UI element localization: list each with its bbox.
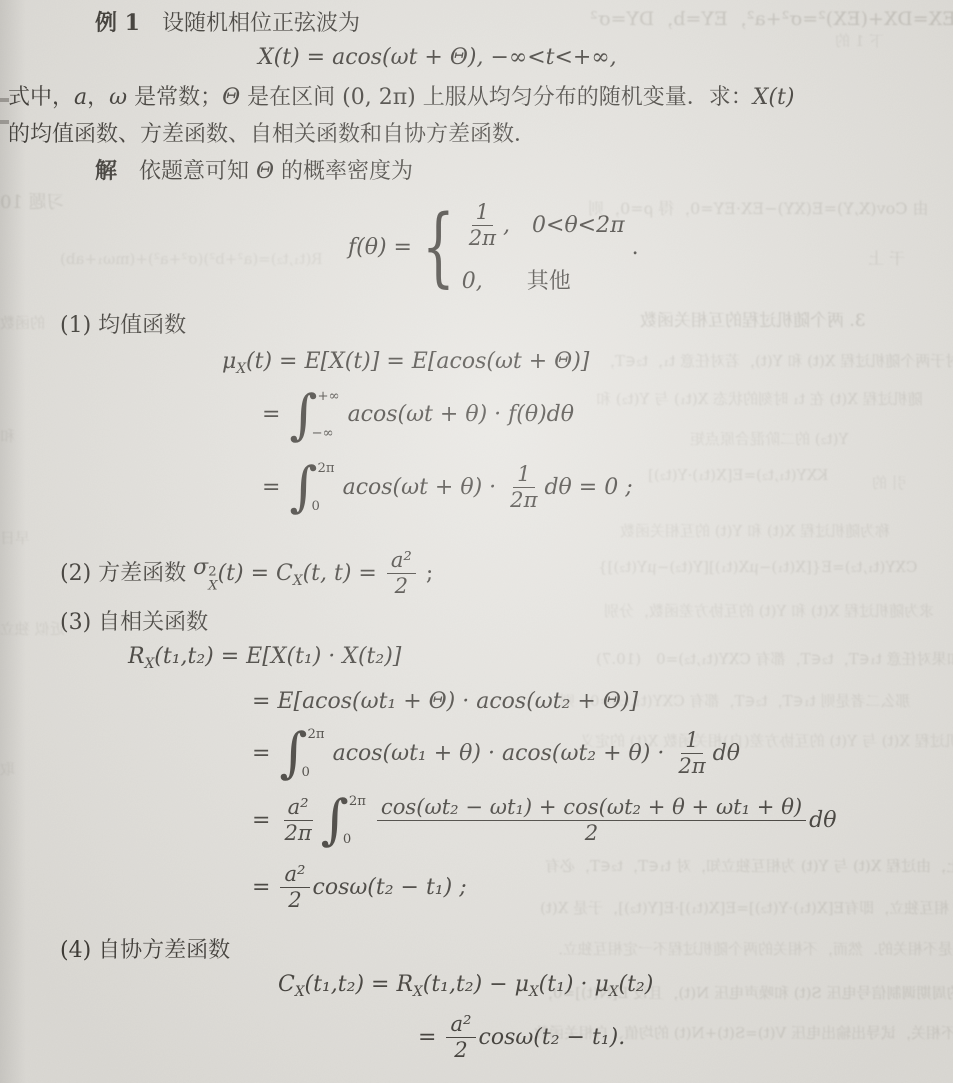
solution-heading: 解 依题意可知 Θ 的概率密度为 — [95, 158, 413, 186]
formula-autocov-line2: = a²2cosω(t₂ − t₁). — [418, 1012, 625, 1063]
bleed-through-fragment: 随机过程 X(t) 在 t₁ 时刻的状态 X(t₁) 与 Y(t₂) 和 — [596, 388, 923, 409]
section4-heading: (4) 自协方差函数 — [60, 937, 230, 965]
bleed-through-fragment: 引 的 — [872, 472, 907, 493]
formula-mean-line1: μX(t) = E[X(t)] = E[acos(ωt + Θ)] — [222, 348, 589, 376]
formula-mean-line2: = ∫+∞−∞acos(ωt + θ) · f(θ)dθ — [262, 390, 574, 440]
formula-autocorr-line3: = ∫2π0acos(ωt₁ + θ) · acos(ωt₂ + θ) · 12… — [252, 728, 740, 779]
bleed-through-fragment: 取 — [0, 758, 15, 779]
formula-mean-line3: = ∫2π0acos(ωt + θ) · 12πdθ = 0 ; — [262, 462, 633, 513]
paragraph-problem-line1: 式中，a，ω 是常数；Θ 是在区间 (0, 2π) 上服从均匀分布的随机变量．求… — [8, 84, 794, 112]
section2-variance-line: (2) 方差函数 σ2X(t) = CX(t, t) = a²2 ; — [60, 548, 433, 599]
formula-autocorr-line1: RX(t₁,t₂) = E[X(t₁) · X(t₂)] — [128, 643, 401, 671]
bleed-through-fragment: 和 — [0, 425, 15, 446]
formula-autocorr-line5: = a²2cosω(t₂ − t₁) ; — [252, 862, 467, 913]
bleed-through-fragment: 近似 独立 — [0, 618, 65, 639]
section3-heading: (3) 自相关函数 — [60, 609, 208, 637]
bleed-through-fragment: 3. 两个随机过程的互相关函数 — [640, 306, 866, 331]
bleed-through-fragment: 由 Cov(X,Y)=E(XY)−EX·EY=0，得 ρ=0，则 — [588, 196, 929, 219]
formula-autocorr-line2: = E[acos(ωt₁ + Θ) · acos(ωt₂ + Θ)] — [252, 688, 638, 716]
bleed-through-fragment: 下 1 的 — [835, 30, 884, 51]
bleed-through-fragment: 早日 — [0, 527, 30, 548]
bleed-through-fragment: Y(t₂) 的二阶混合原点矩 — [690, 428, 848, 449]
bleed-through-fragment: 称为随机过程 X(t) 和 Y(t) 的互相关函数 — [620, 520, 890, 541]
bleed-through-fragment: 习题 10 — [0, 188, 65, 214]
bleed-through-fragment: 事实上，由过程 X(t) 与 Y(t) 为相互独立知，对 t₁∈T，t₂∈T，必… — [545, 855, 953, 876]
bleed-through-fragment: 的函数 — [0, 312, 45, 333]
textbook-page: EX=DX+(EX)²=σ²+a²，EY=b，DY=σ²下 1 的习题 10由 … — [0, 0, 953, 1083]
formula-autocov-line1: CX(t₁,t₂) = RX(t₁,t₂) − μX(t₁) · μX(t₂) — [278, 971, 653, 999]
bleed-through-fragment: X(t₁) 与 Y(t₂) 相互独立，即有E[X(t₁)·Y(t₂)]=E[X(… — [540, 897, 953, 918]
bleed-through-fragment: 求为随机过程 X(t) 和 Y(t) 的互协方差函数，分别 — [604, 600, 934, 621]
formula-pdf-piecewise: f(θ) = {12π, 0<θ<2π0, 其他 . — [348, 200, 639, 295]
bleed-through-fragment: EX=DX+(EX)²=σ²+a²，EY=b，DY=σ² — [590, 4, 953, 31]
bleed-through-fragment: 定义 如果对任意 t₁∈T，t₂∈T，都有 CXY(t₁,t₂)=0 (10.7… — [596, 648, 953, 669]
paragraph-problem-line2: 的均值函数、方差函数、自相关函数和自协方差函数． — [8, 121, 536, 149]
example-heading: 例 1 设随机相位正弦波为 — [95, 10, 360, 38]
bleed-through-fragment: 和 Y(t) 是不相关的．然而，不相关的两个随机过程不一定相互独立． — [548, 938, 953, 959]
section1-heading: (1) 均值函数 — [60, 312, 186, 340]
bleed-through-fragment: CXY(t₁,t₂)=E{[X(t₁)−μX(t₁)][Y(t₂)−μY(t₂)… — [598, 558, 917, 576]
bleed-through-fragment: KXY(t₁,t₂)=E[X(t₁)·Y(t₂)] — [648, 466, 828, 484]
formula-autocorr-line4: = a²2π∫2π0cos(ωt₂ − ωt₁) + cos(ωt₂ + θ +… — [252, 795, 836, 846]
formula-random-phase-sine: X(t) = acos(ωt + Θ), −∞<t<+∞, — [258, 44, 617, 72]
bleed-through-fragment: 干 上 — [868, 246, 905, 269]
bleed-through-fragment: R(t₁,t₂)=(a²+b²)(σ²+a²)+(mω₁+ab) — [60, 250, 323, 268]
bleed-through-fragment: 对于两个随机过程 X(t) 和 Y(t)，若对任意 t₁，t₂∈T， — [600, 350, 953, 371]
